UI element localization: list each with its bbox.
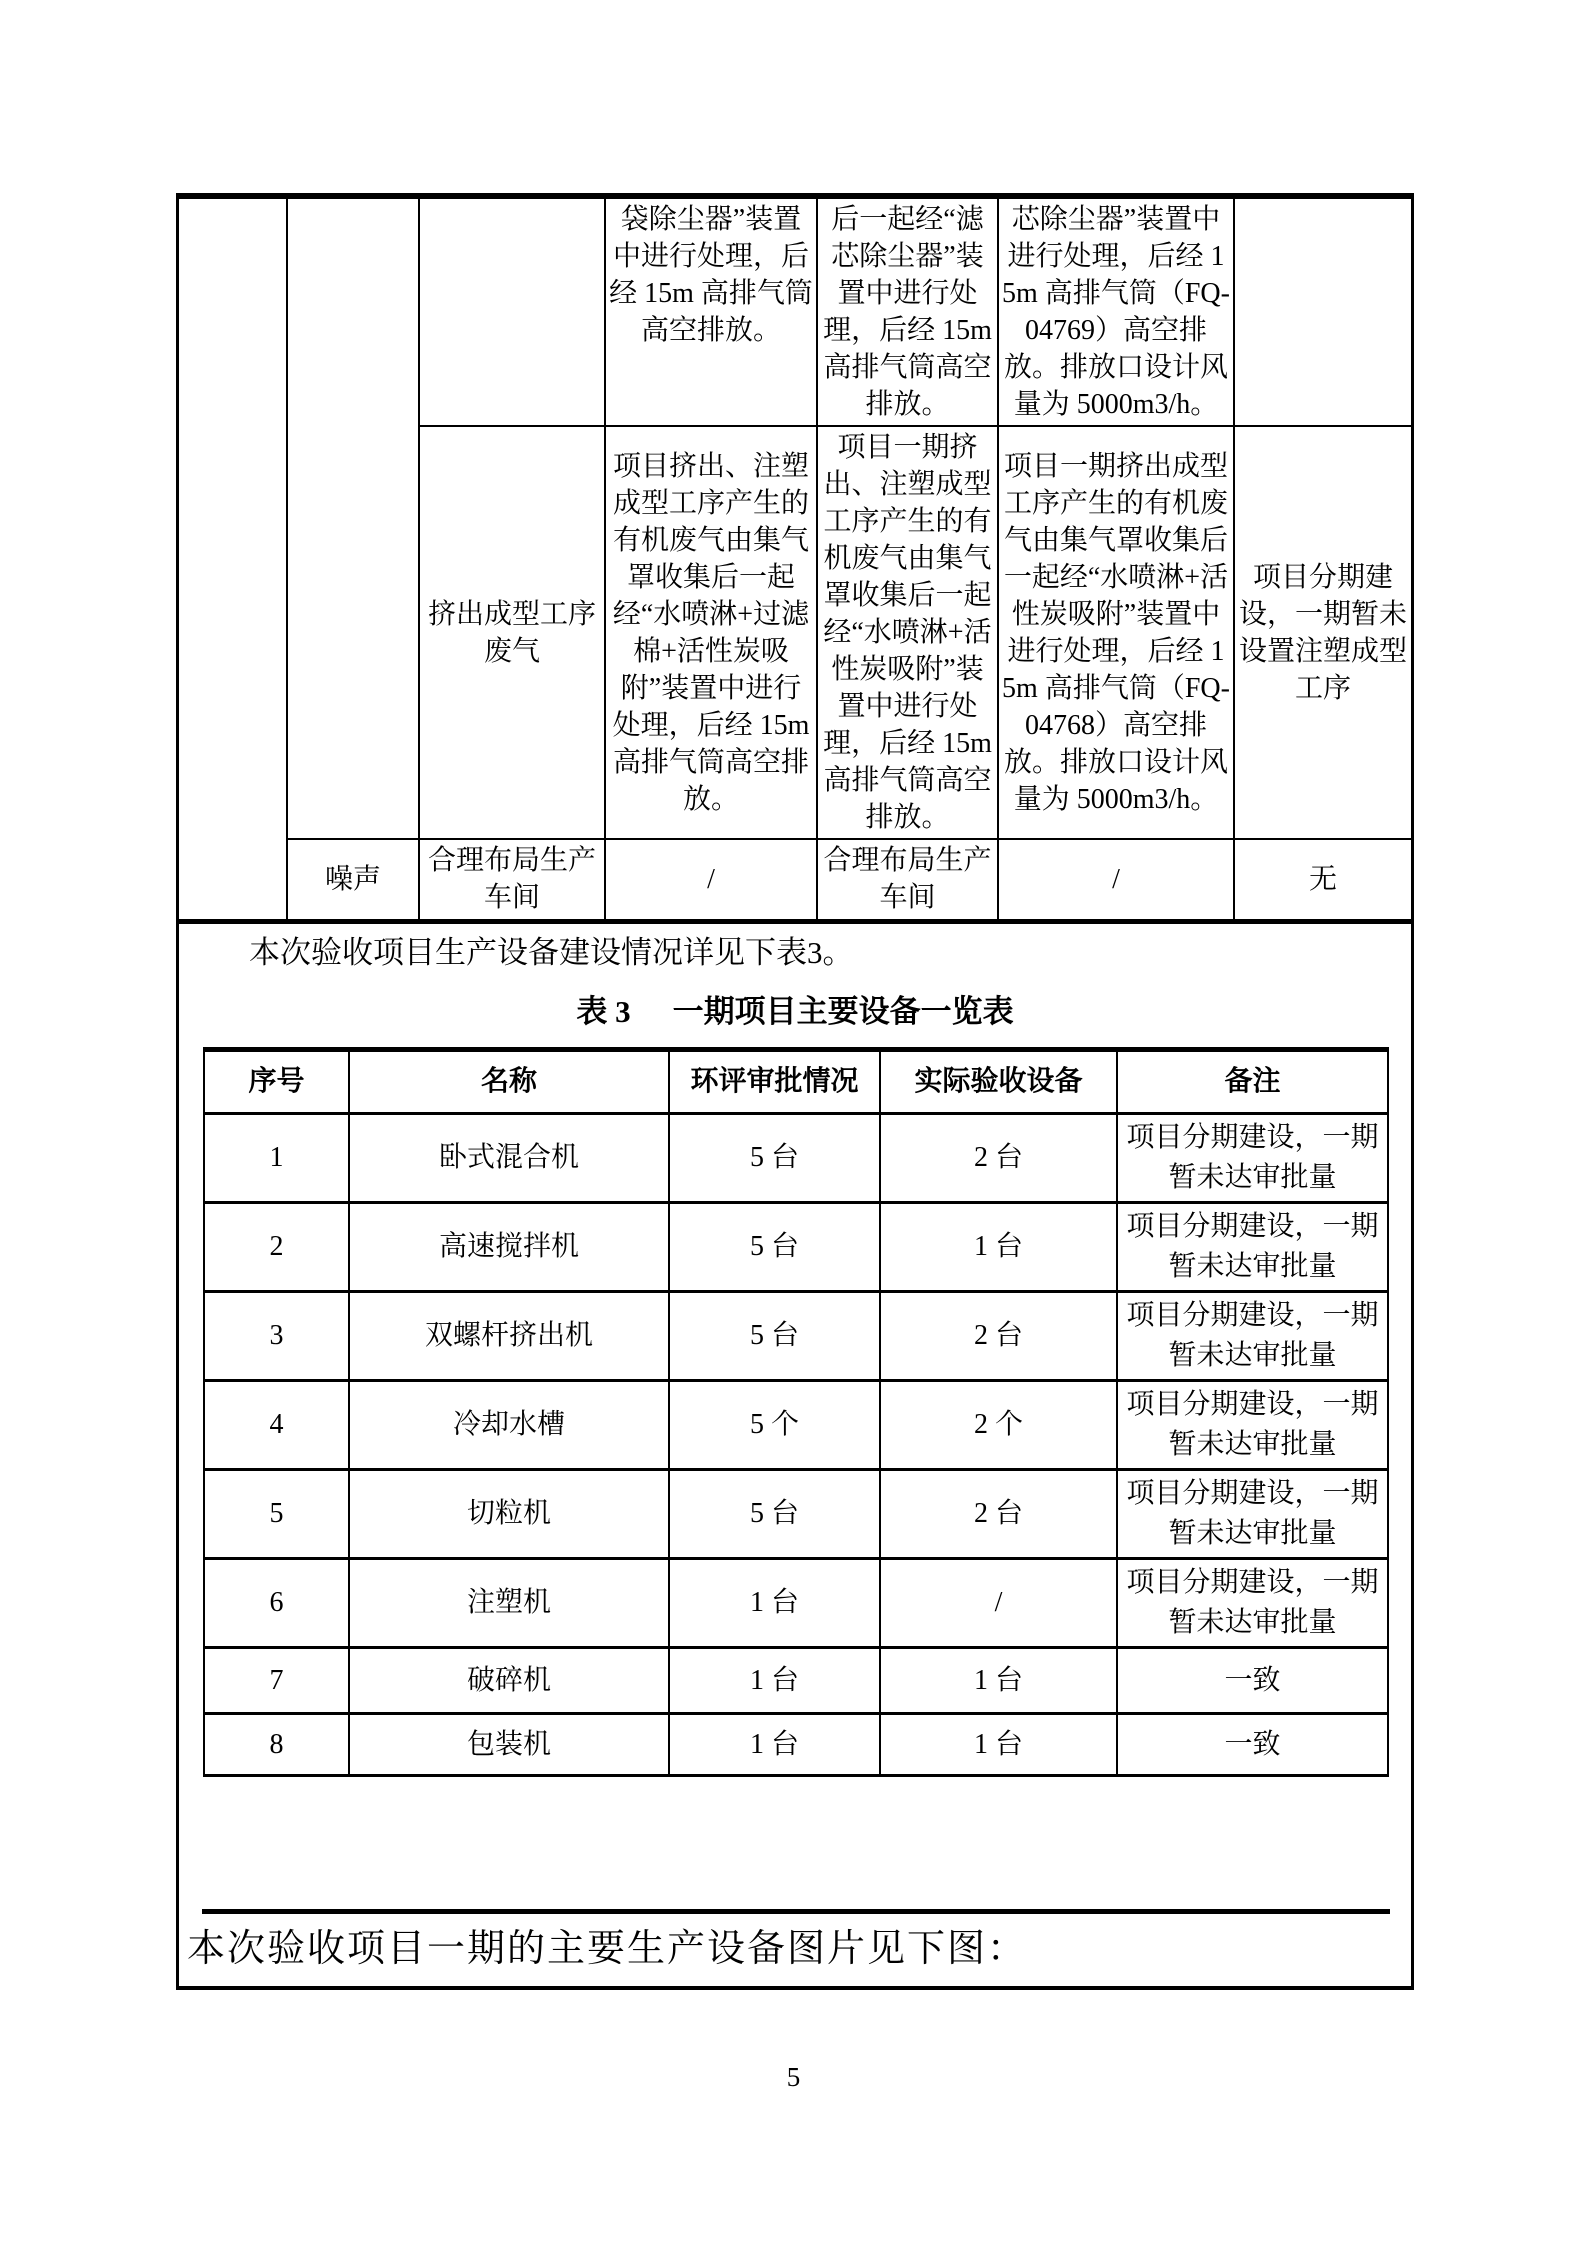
measure-cell: 合理布局生产车间 — [419, 839, 605, 921]
table-row-noise: 噪声 合理布局生产车间 / 合理布局生产车间 / 无 — [179, 839, 1411, 921]
table-row: 7 破碎机 1 台 1 台 一致 — [204, 1648, 1388, 1714]
table-row: 5 切粒机 5 台 2 台 项目分期建设，一期暂未达审批量 — [204, 1470, 1388, 1559]
name-cell: 注塑机 — [349, 1559, 669, 1648]
actual-cell: 2 个 — [880, 1381, 1117, 1470]
name-cell: 破碎机 — [349, 1648, 669, 1714]
eia-cell: 5 台 — [669, 1203, 880, 1292]
name-cell: 高速搅拌机 — [349, 1203, 669, 1292]
header-name: 名称 — [349, 1050, 669, 1114]
seq-cell: 2 — [204, 1203, 349, 1292]
header-remark: 备注 — [1117, 1050, 1388, 1114]
empty-element-cell — [287, 196, 419, 839]
remark-cell: 一致 — [1117, 1714, 1388, 1776]
seq-cell: 6 — [204, 1559, 349, 1648]
page-number: 5 — [0, 2062, 1587, 2093]
table-row: 8 包装机 1 台 1 台 一致 — [204, 1714, 1388, 1776]
measure-cell: / — [605, 839, 817, 921]
measure-cell: / — [998, 839, 1234, 921]
table-row: 6 注塑机 1 台 / 项目分期建设，一期暂未达审批量 — [204, 1559, 1388, 1648]
horizontal-rule — [202, 1909, 1390, 1914]
eia-cell: 1 台 — [669, 1714, 880, 1776]
measure-cell: 袋除尘器”装置中进行处理，后经 15m 高排气筒高空排放。 — [605, 196, 817, 426]
table-row: 1 卧式混合机 5 台 2 台 项目分期建设，一期暂未达审批量 — [204, 1114, 1388, 1203]
measure-cell: 芯除尘器”装置中进行处理，后经 15m 高排气筒（FQ-04769）高空排放。排… — [998, 196, 1234, 426]
seq-cell: 3 — [204, 1292, 349, 1381]
remark-cell: 项目分期建设，一期暂未达审批量 — [1117, 1292, 1388, 1381]
eia-cell: 5 个 — [669, 1381, 880, 1470]
eia-cell: 5 台 — [669, 1470, 880, 1559]
remark-cell — [1234, 196, 1411, 426]
actual-cell: 1 台 — [880, 1714, 1117, 1776]
table-header-row: 序号 名称 环评审批情况 实际验收设备 备注 — [204, 1050, 1388, 1114]
equipment-table: 序号 名称 环评审批情况 实际验收设备 备注 1 卧式混合机 5 台 2 台 项… — [203, 1047, 1389, 1777]
table3-title-prefix: 表 3 — [576, 994, 630, 1029]
measure-cell: 项目挤出、注塑成型工序产生的有机废气由集气罩收集后一起经“水喷淋+过滤棉+活性炭… — [605, 426, 817, 839]
intro-paragraph: 本次验收项目生产设备建设情况详见下表3。 — [179, 933, 1411, 973]
header-actual: 实际验收设备 — [880, 1050, 1117, 1114]
name-cell: 双螺杆挤出机 — [349, 1292, 669, 1381]
measure-cell: 后一起经“滤芯除尘器”装置中进行处理，后经 15m 高排气筒高空排放。 — [817, 196, 998, 426]
actual-cell: 2 台 — [880, 1114, 1117, 1203]
measure-cell: 合理布局生产车间 — [817, 839, 998, 921]
page-frame: 袋除尘器”装置中进行处理，后经 15m 高排气筒高空排放。 后一起经“滤芯除尘器… — [176, 193, 1414, 1990]
name-cell: 卧式混合机 — [349, 1114, 669, 1203]
empty-category-cell — [179, 196, 287, 921]
actual-cell: 2 台 — [880, 1470, 1117, 1559]
eia-cell: 5 台 — [669, 1114, 880, 1203]
source-label-cell: 挤出成型工序废气 — [419, 426, 605, 839]
table3-title-main: 一期项目主要设备一览表 — [673, 994, 1014, 1029]
table-row: 4 冷却水槽 5 个 2 个 项目分期建设，一期暂未达审批量 — [204, 1381, 1388, 1470]
noise-label-cell: 噪声 — [287, 839, 419, 921]
header-seq: 序号 — [204, 1050, 349, 1114]
name-cell: 冷却水槽 — [349, 1381, 669, 1470]
footer-note: 本次验收项目一期的主要生产设备图片见下图： — [187, 1917, 1027, 1972]
actual-cell: 1 台 — [880, 1648, 1117, 1714]
measure-cell: 项目一期挤出成型工序产生的有机废气由集气罩收集后一起经“水喷淋+活性炭吸附”装置… — [998, 426, 1234, 839]
name-cell: 切粒机 — [349, 1470, 669, 1559]
remark-cell: 项目分期建设，一期暂未达审批量 — [1117, 1203, 1388, 1292]
remark-cell: 项目分期建设，一期暂未达审批量 — [1117, 1114, 1388, 1203]
remark-cell: 一致 — [1117, 1648, 1388, 1714]
seq-cell: 5 — [204, 1470, 349, 1559]
eia-cell: 1 台 — [669, 1559, 880, 1648]
seq-cell: 7 — [204, 1648, 349, 1714]
name-cell: 包装机 — [349, 1714, 669, 1776]
table-row: 袋除尘器”装置中进行处理，后经 15m 高排气筒高空排放。 后一起经“滤芯除尘器… — [179, 196, 1411, 426]
seq-cell: 1 — [204, 1114, 349, 1203]
actual-cell: / — [880, 1559, 1117, 1648]
seq-cell: 4 — [204, 1381, 349, 1470]
table-row: 2 高速搅拌机 5 台 1 台 项目分期建设，一期暂未达审批量 — [204, 1203, 1388, 1292]
eia-cell: 1 台 — [669, 1648, 880, 1714]
eia-cell: 5 台 — [669, 1292, 880, 1381]
remark-cell: 项目分期建设，一期暂未设置注塑成型工序 — [1234, 426, 1411, 839]
remark-cell: 项目分期建设，一期暂未达审批量 — [1117, 1381, 1388, 1470]
table-row: 3 双螺杆挤出机 5 台 2 台 项目分期建设，一期暂未达审批量 — [204, 1292, 1388, 1381]
remark-cell: 项目分期建设，一期暂未达审批量 — [1117, 1559, 1388, 1648]
actual-cell: 1 台 — [880, 1203, 1117, 1292]
header-eia: 环评审批情况 — [669, 1050, 880, 1114]
remark-cell: 无 — [1234, 839, 1411, 921]
table3-title: 表 3一期项目主要设备一览表 — [179, 986, 1411, 1031]
waste-gas-measures-table: 袋除尘器”装置中进行处理，后经 15m 高排气筒高空排放。 后一起经“滤芯除尘器… — [179, 193, 1411, 924]
measure-cell: 项目一期挤出、注塑成型工序产生的有机废气由集气罩收集后一起经“水喷淋+活性炭吸附… — [817, 426, 998, 839]
intro-paragraph-text: 本次验收项目生产设备建设情况详见下表3。 — [179, 935, 854, 970]
empty-source-cell — [419, 196, 605, 426]
remark-cell: 项目分期建设，一期暂未达审批量 — [1117, 1470, 1388, 1559]
seq-cell: 8 — [204, 1714, 349, 1776]
actual-cell: 2 台 — [880, 1292, 1117, 1381]
